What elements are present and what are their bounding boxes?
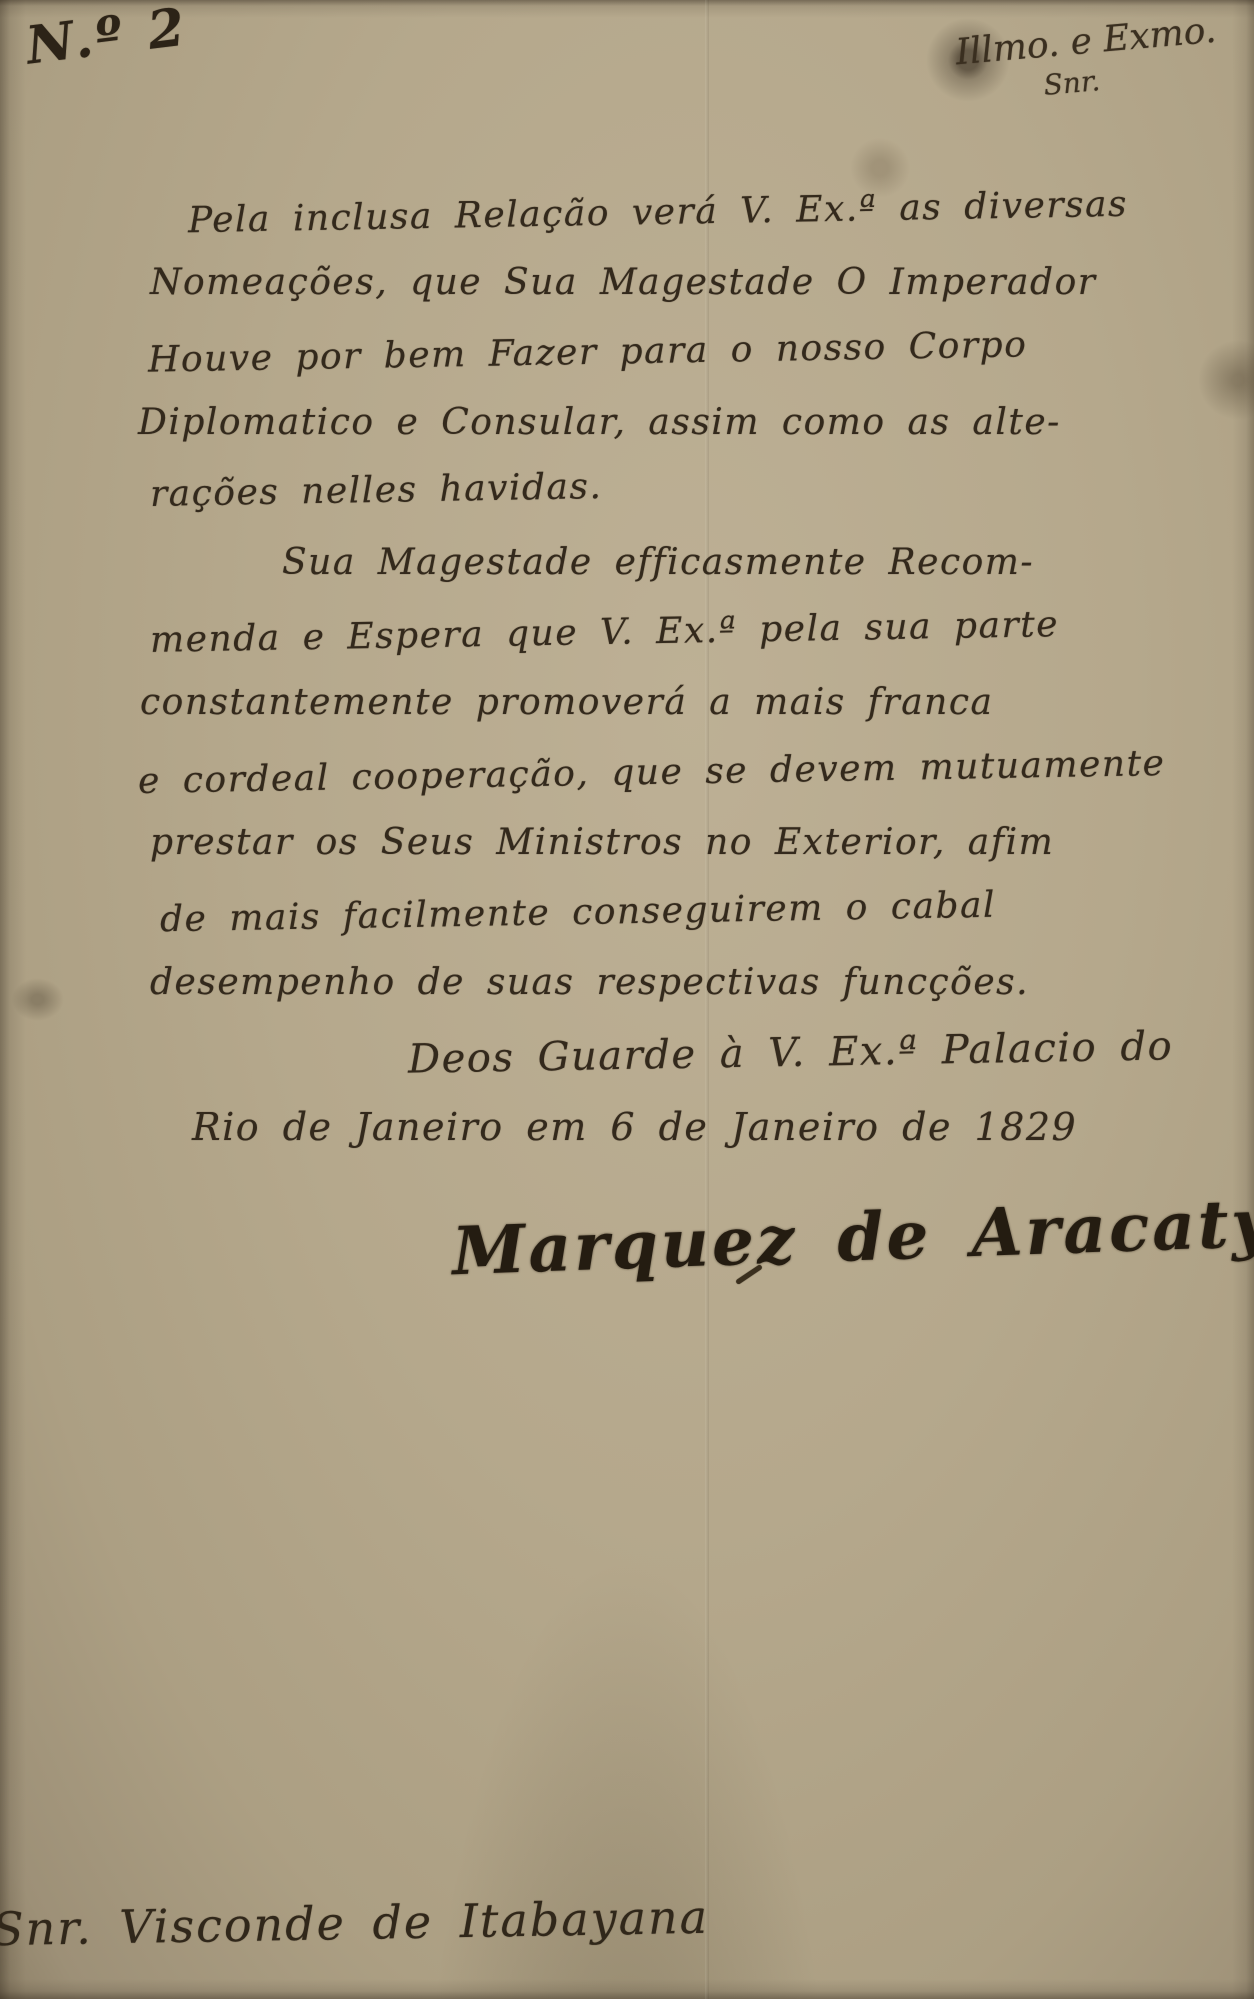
letter-line: constantemente promoverá a mais franca [140, 668, 993, 738]
letter-line: de mais facilmente conseguirem o cabal [159, 871, 996, 956]
closing-line: Deos Guarde à V. Ex.ª Palacio do [407, 1011, 1173, 1094]
letter-line: e cordeal cooperação, que se devem mutua… [137, 729, 1165, 817]
letter-line: Nomeações, que Sua Magestade O Imperador [150, 248, 1096, 318]
closing-line: Rio de Janeiro em 6 de Janeiro de 1829 [192, 1092, 1077, 1162]
letter-page: N.º 2 Illmo. e Exmo. Snr. Pela inclusa R… [0, 0, 1254, 1999]
letter-line: menda e Espera que V. Ex.ª pela sua part… [149, 590, 1059, 676]
letter-line: Diplomatico e Consular, assim como as al… [138, 388, 1061, 458]
letter-line: prestar os Seus Ministros no Exterior, a… [150, 808, 1054, 878]
letter-line: Houve por bem Fazer para o nosso Corpo [147, 310, 1027, 395]
letter-line: rações nelles havidas. [149, 452, 603, 530]
document-number: N.º 2 [23, 0, 192, 77]
addressee-line: Snr. Visconde de Itabayana [0, 1890, 710, 1957]
salutation: Illmo. e Exmo. Snr. [954, 11, 1221, 113]
letter-line: Sua Magestade efficasmente Recom- [282, 528, 1034, 598]
signature: Marquez de Aracaty [451, 1184, 1254, 1291]
letter-line: Pela inclusa Relação verá V. Ex.ª as div… [187, 170, 1128, 256]
letter-line: desempenho de suas respectivas funcções. [150, 948, 1029, 1018]
